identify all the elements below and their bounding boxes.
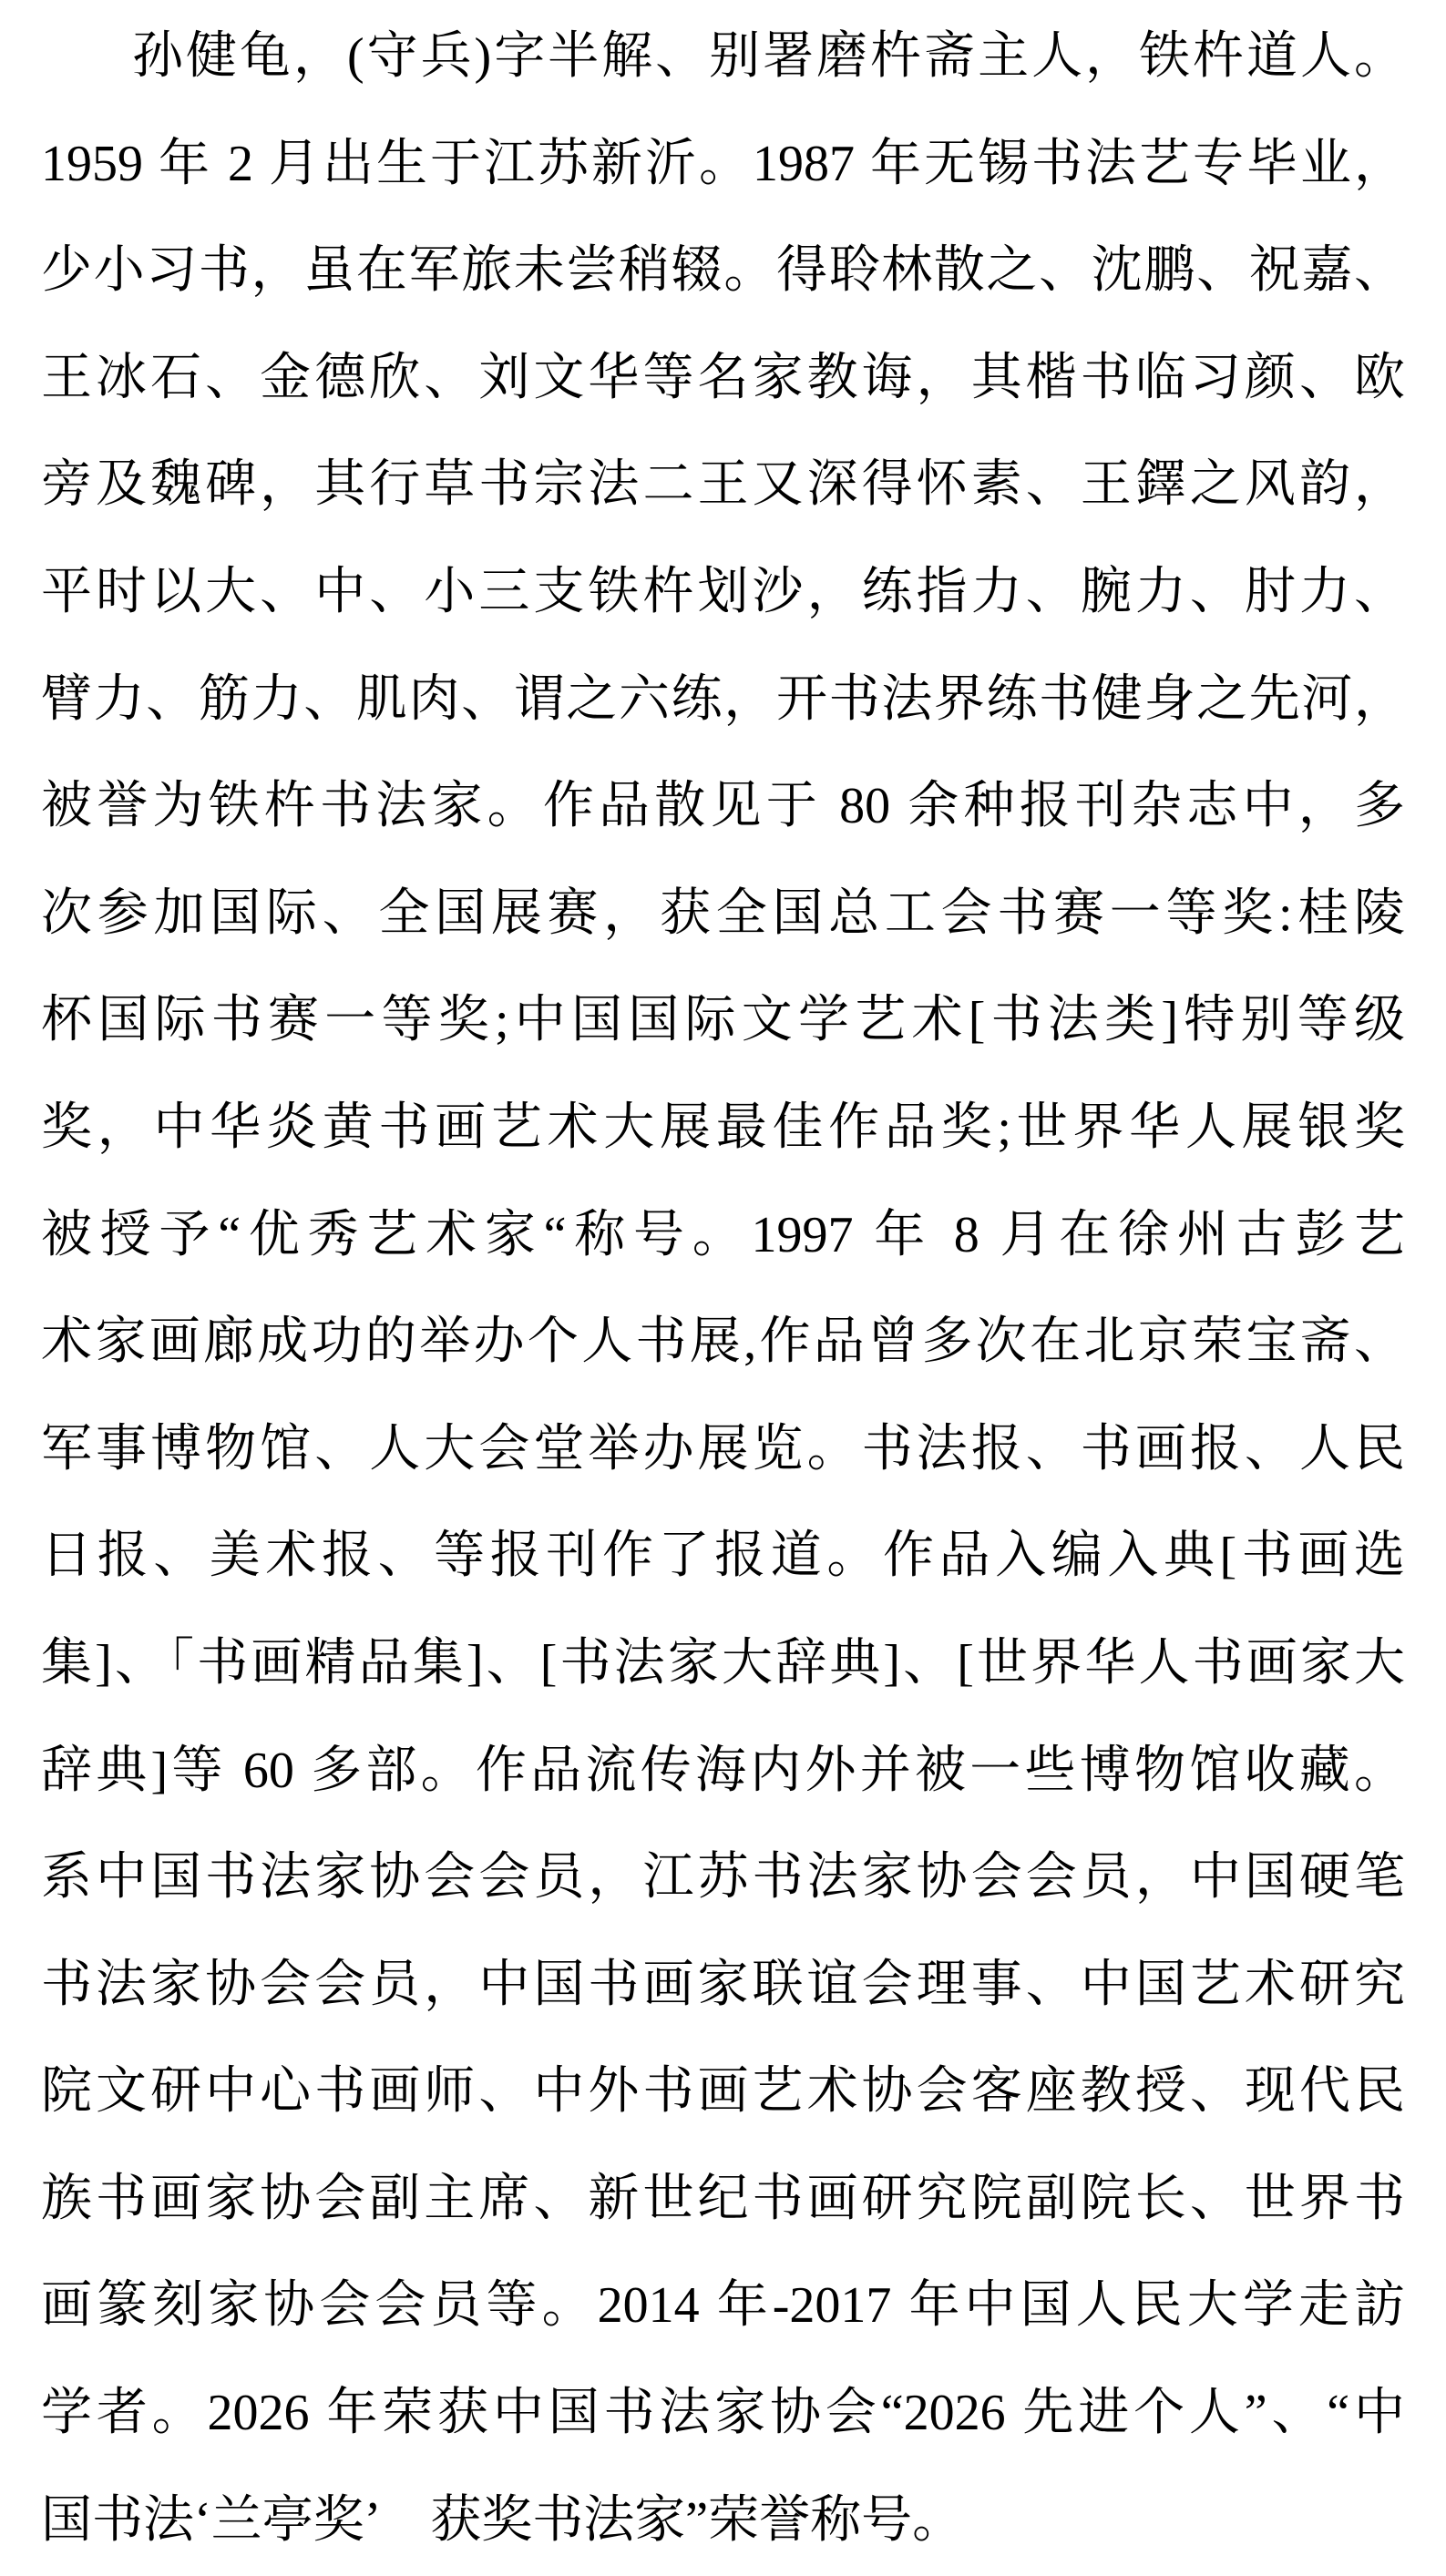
text-line: 孙健龟，(守兵)字半解、别署磨杵斋主人，铁杵道人。	[41, 4, 1405, 111]
text-line: 次参加国际、全国展赛，获全国总工会书赛一等奖:桂陵	[41, 861, 1405, 968]
text-line: 系中国书法家协会会员，江苏书法家协会会员，中国硬笔	[41, 1825, 1405, 1932]
text-line: 军事博物馆、人大会堂举办展览。书法报、书画报、人民	[41, 1396, 1405, 1504]
text-line: 书法家协会会员，中国书画家联谊会理事、中国艺术研究	[41, 1932, 1405, 2039]
text-line: 族书画家协会副主席、新世纪书画研究院副院长、世界书	[41, 2146, 1405, 2254]
text-line: 平时以大、中、小三支铁杵划沙，练指力、腕力、肘力、	[41, 539, 1405, 647]
text-line: 臂力、筋力、肌肉、谓之六练，开书法界练书健身之先河，	[41, 647, 1405, 754]
text-line: 杯国际书赛一等奖;中国国际文学艺术[书法类]特别等级	[41, 967, 1405, 1075]
text-line: 集]、「书画精品集]、[书法家大辞典]、[世界华人书画家大	[41, 1610, 1405, 1718]
text-line: 日报、美术报、等报刊作了报道。作品入编入典[书画选	[41, 1503, 1405, 1610]
biography-text: 孙健龟，(守兵)字半解、别署磨杵斋主人，铁杵道人。1959 年 2 月出生于江苏…	[41, 4, 1405, 2574]
text-line: 院文研中心书画师、中外书画艺术协会客座教授、现代民	[41, 2039, 1405, 2146]
document-page: 孙健龟，(守兵)字半解、别署磨杵斋主人，铁杵道人。1959 年 2 月出生于江苏…	[0, 0, 1446, 2576]
text-line: 画篆刻家协会会员等。2014 年-2017 年中国人民大学走訪	[41, 2253, 1405, 2360]
text-line: 被誉为铁杵书法家。作品散见于 80 余种报刊杂志中，多	[41, 753, 1405, 861]
text-line: 王冰石、金德欣、刘文华等名家教诲，其楷书临习颜、欧	[41, 325, 1405, 433]
text-line: 术家画廊成功的举办个人书展,作品曾多次在北京荣宝斋、	[41, 1289, 1405, 1396]
text-line: 学者。2026 年荣获中国书法家协会“2026 先进个人”、“中	[41, 2360, 1405, 2468]
text-line: 奖，中华炎黄书画艺术大展最佳作品奖;世界华人展银奖	[41, 1075, 1405, 1182]
text-line: 1959 年 2 月出生于江苏新沂。1987 年无锡书法艺专毕业，	[41, 111, 1405, 219]
text-line: 国书法‘兰亭奖’ 获奖书法家”荣誉称号。	[41, 2468, 1405, 2575]
text-line: 少小习书，虽在军旅未尝稍辍。得聆林散之、沈鹏、祝嘉、	[41, 218, 1405, 325]
text-line: 被授予“优秀艺术家“称号。1997 年 8 月在徐州古彭艺	[41, 1182, 1405, 1290]
text-line: 旁及魏碑，其行草书宗法二王又深得怀素、王鐸之风韵，	[41, 432, 1405, 539]
text-line: 辞典]等 60 多部。作品流传海内外并被一些博物馆收藏。	[41, 1718, 1405, 1825]
